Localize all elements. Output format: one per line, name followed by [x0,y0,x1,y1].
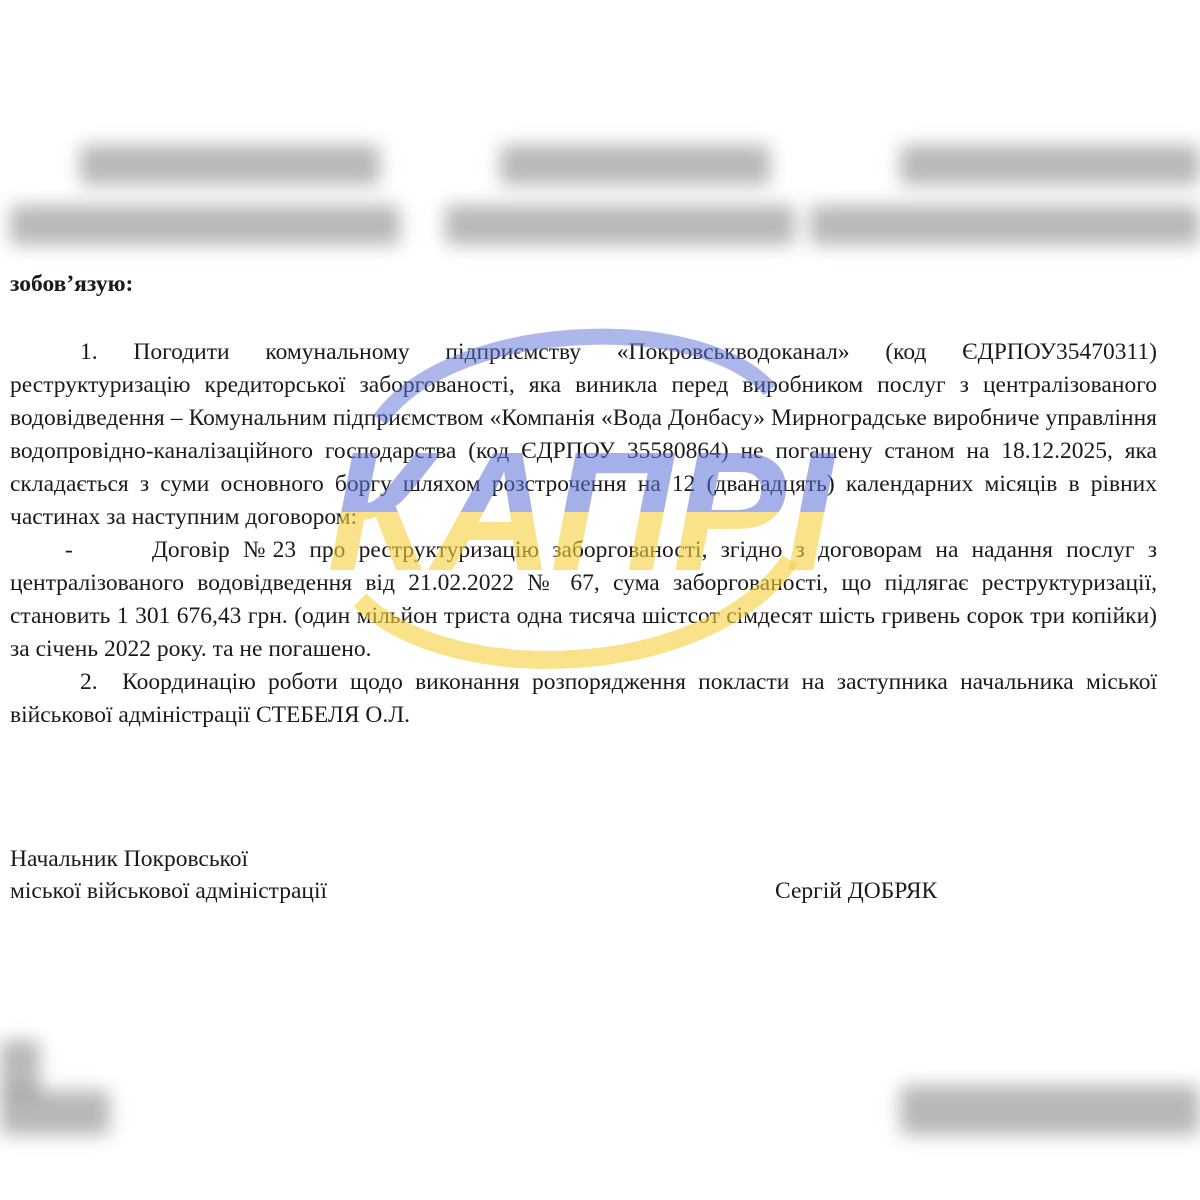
item-2: 2. Координацію роботи щодо виконання роз… [10,666,1157,732]
item-contract: - Договір №23 про реструктуризацію забор… [10,534,1157,666]
signer-name: Сергій ДОБРЯК [775,875,937,907]
signature-block: Начальник Покровської міської військової… [10,843,1157,907]
redacted-header [0,120,1200,270]
heading: зобов’язую: [10,268,1157,301]
redacted-footer [0,1010,1200,1160]
signer-title-line1: Начальник Покровської [10,843,1157,875]
signer-title-line2: міської військової адміністрації [10,875,1157,907]
item-1: 1. Погодити комунальному підприємству «П… [10,336,1157,534]
document-body: зобов’язую: 1. Погодити комунальному під… [10,268,1157,732]
